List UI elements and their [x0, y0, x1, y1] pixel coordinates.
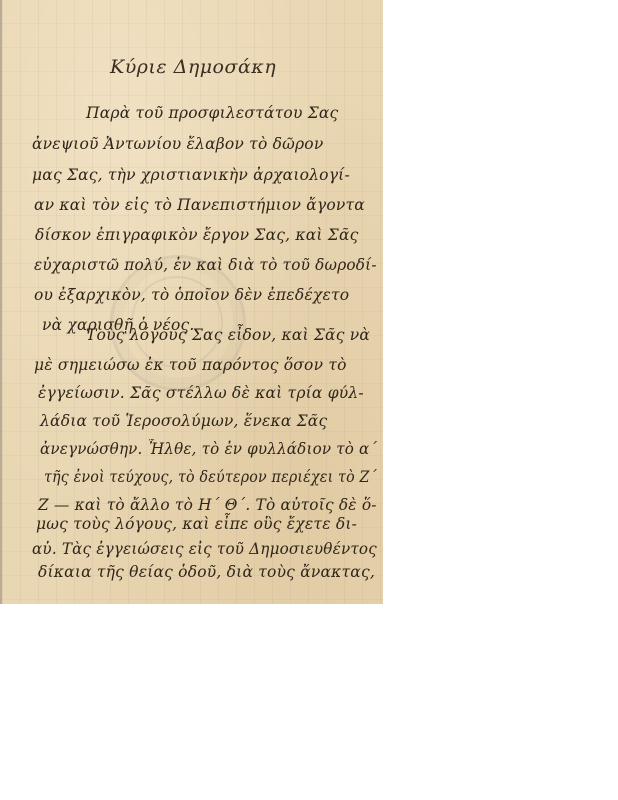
letter-line: ἀνεψιοῦ Ἀντωνίου ἔλαβον τὸ δῶρον — [32, 135, 323, 153]
letter-line: αὐ. Τὰς ἐγγειώσεις εἰς τοῦ Δημοσιευθέντο… — [32, 540, 377, 558]
letter-line: ου ἐξαρχικὸν, τὸ ὁποῖον δὲν ἐπεδέχετο — [34, 286, 349, 304]
letter-line: τῆς ἐνοὶ τεύχους, τὸ δεύτερον περιέχει τ… — [44, 468, 377, 486]
document-canvas: Κύριε Δημοσάκη Παρὰ τοῦ προσφιλεστάτου Σ… — [0, 0, 618, 800]
letter-line: Παρὰ τοῦ προσφιλεστάτου Σας — [86, 104, 338, 122]
letter-body: Παρὰ τοῦ προσφιλεστάτου Σας ἀνεψιοῦ Ἀντω… — [2, 0, 383, 604]
letter-line: δίκαια τῆς θείας ὁδοῦ, διὰ τοὺς ἄνακτας, — [38, 563, 375, 581]
letter-page: Κύριε Δημοσάκη Παρὰ τοῦ προσφιλεστάτου Σ… — [0, 0, 383, 604]
letter-line: λάδια τοῦ Ἱεροσολύμων, ἕνεκα Σᾶς — [40, 412, 327, 430]
letter-line: μας Σας, τὴν χριστιανικὴν ἀρχαιολογί- — [32, 166, 350, 184]
letter-line: δίσκον ἐπιγραφικὸν ἔργον Σας, καὶ Σᾶς — [35, 226, 359, 244]
letter-line: ἐγγείωσιν. Σᾶς στέλλω δὲ καὶ τρία φύλ- — [38, 384, 364, 402]
letter-line: μως τοὺς λόγους, καὶ εἶπε οὓς ἔχετε δι- — [36, 515, 357, 533]
letter-line: ἀνεγνώσθην. Ἦλθε, τὸ ἐν φυλλάδιον τὸ α΄ — [40, 440, 377, 458]
letter-line: Τοὺς λόγους Σας εἶδον, καὶ Σᾶς νὰ — [86, 326, 370, 344]
letter-line: μὲ σημειώσω ἐκ τοῦ παρόντος ὅσον τὸ — [34, 356, 347, 374]
letter-line: αν καὶ τὸν εἰς τὸ Πανεπιστήμιον ἄγοντα — [34, 196, 365, 214]
letter-line: Ζ — καὶ τὸ ἄλλο τὸ Η΄ Θ΄. Τὸ αὐτοῖς δὲ ὅ… — [38, 496, 377, 514]
letter-line: εὐχαριστῶ πολύ, ἐν καὶ διὰ τὸ τοῦ δωροδί… — [34, 256, 377, 274]
